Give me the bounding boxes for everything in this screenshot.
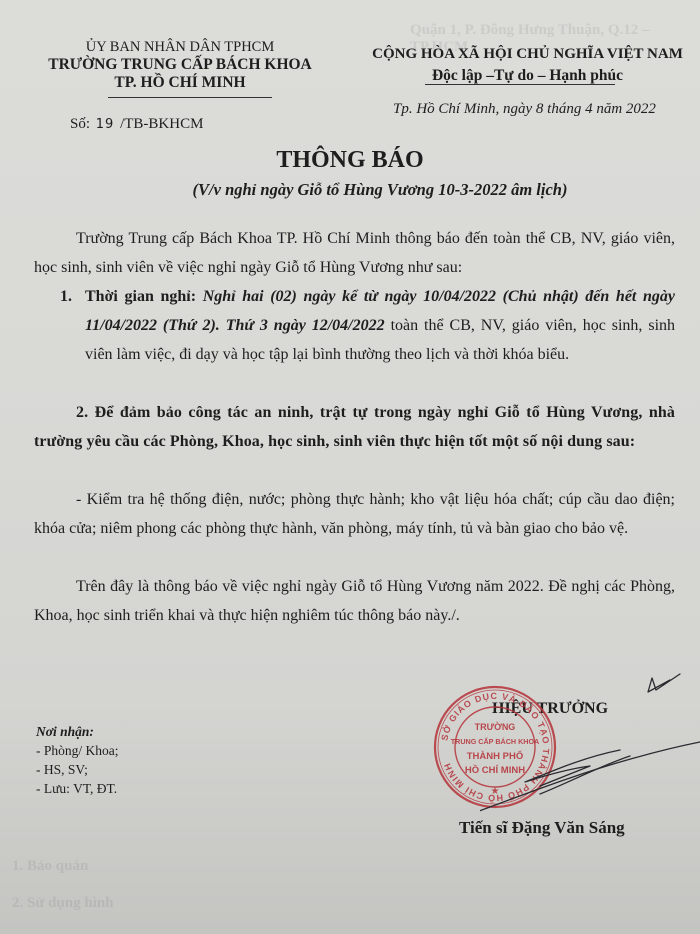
intro-paragraph: Trường Trung cấp Bách Khoa TP. Hồ Chí Mi… [34,224,675,282]
document-subtitle: (V/v nghỉ ngày Giỗ tổ Hùng Vương 10-3-20… [30,180,700,200]
issuer-authority: ỦY BAN NHÂN DÂN TPHCM [40,38,320,56]
recipients-heading: Nơi nhận: [36,722,119,741]
issuer-block: ỦY BAN NHÂN DÂN TPHCM TRƯỜNG TRUNG CẤP B… [40,38,320,92]
signer-name: Tiến sĩ Đặng Văn Sáng [459,818,625,838]
document-title: THÔNG BÁO [0,147,700,174]
place-date: Tp. Hồ Chí Minh, ngày 8 tháng 4 năm 2022 [393,101,656,118]
recipients-block: Nơi nhận: - Phòng/ Khoa; - HS, SV; - Lưu… [36,722,119,798]
list-marker: 1. [60,282,72,311]
list-item-2: 2. Để đảm bảo công tác an ninh, trật tự … [34,398,675,456]
issuer-underline [108,97,272,98]
national-motto: Độc lập –Tự do – Hạnh phúc [360,65,695,86]
nation-name: CỘNG HÒA XÃ HỘI CHỦ NGHĨA VIỆT NAM [360,44,695,65]
item2-detail: - Kiểm tra hệ thống điện, nước; phòng th… [34,485,675,543]
issuer-city: TP. HỒ CHÍ MINH [40,74,320,92]
number-suffix: /TB-BKHCM [120,116,203,132]
issuer-school: TRƯỜNG TRUNG CẤP BÁCH KHOA [40,56,320,74]
bleed-through-text: 2. Sử dụng hình [12,895,114,912]
national-header: CỘNG HÒA XÃ HỘI CHỦ NGHĨA VIỆT NAM Độc l… [360,44,695,86]
handwritten-signature-icon [480,670,700,820]
bleed-through-text: 1. Bảo quản [12,858,88,875]
recipient-item: - Lưu: VT, ĐT. [36,779,119,798]
recipient-item: - HS, SV; [36,760,119,779]
closing-paragraph: Trên đây là thông báo về việc nghỉ ngày … [34,572,675,630]
list-item-1: 1. Thời gian nghỉ: Nghỉ hai (02) ngày kể… [85,282,675,369]
item1-label: Thời gian nghỉ: [85,288,196,305]
number-handwritten: 19 [96,117,115,132]
recipient-item: - Phòng/ Khoa; [36,741,119,760]
number-prefix: Số: [70,116,90,132]
motto-underline [425,84,615,85]
document-number: Số: 19 /TB-BKHCM [70,116,203,133]
document-page: Quận 1, P. Đông Hưng Thuận, Q.12 – TP.HC… [0,0,700,934]
